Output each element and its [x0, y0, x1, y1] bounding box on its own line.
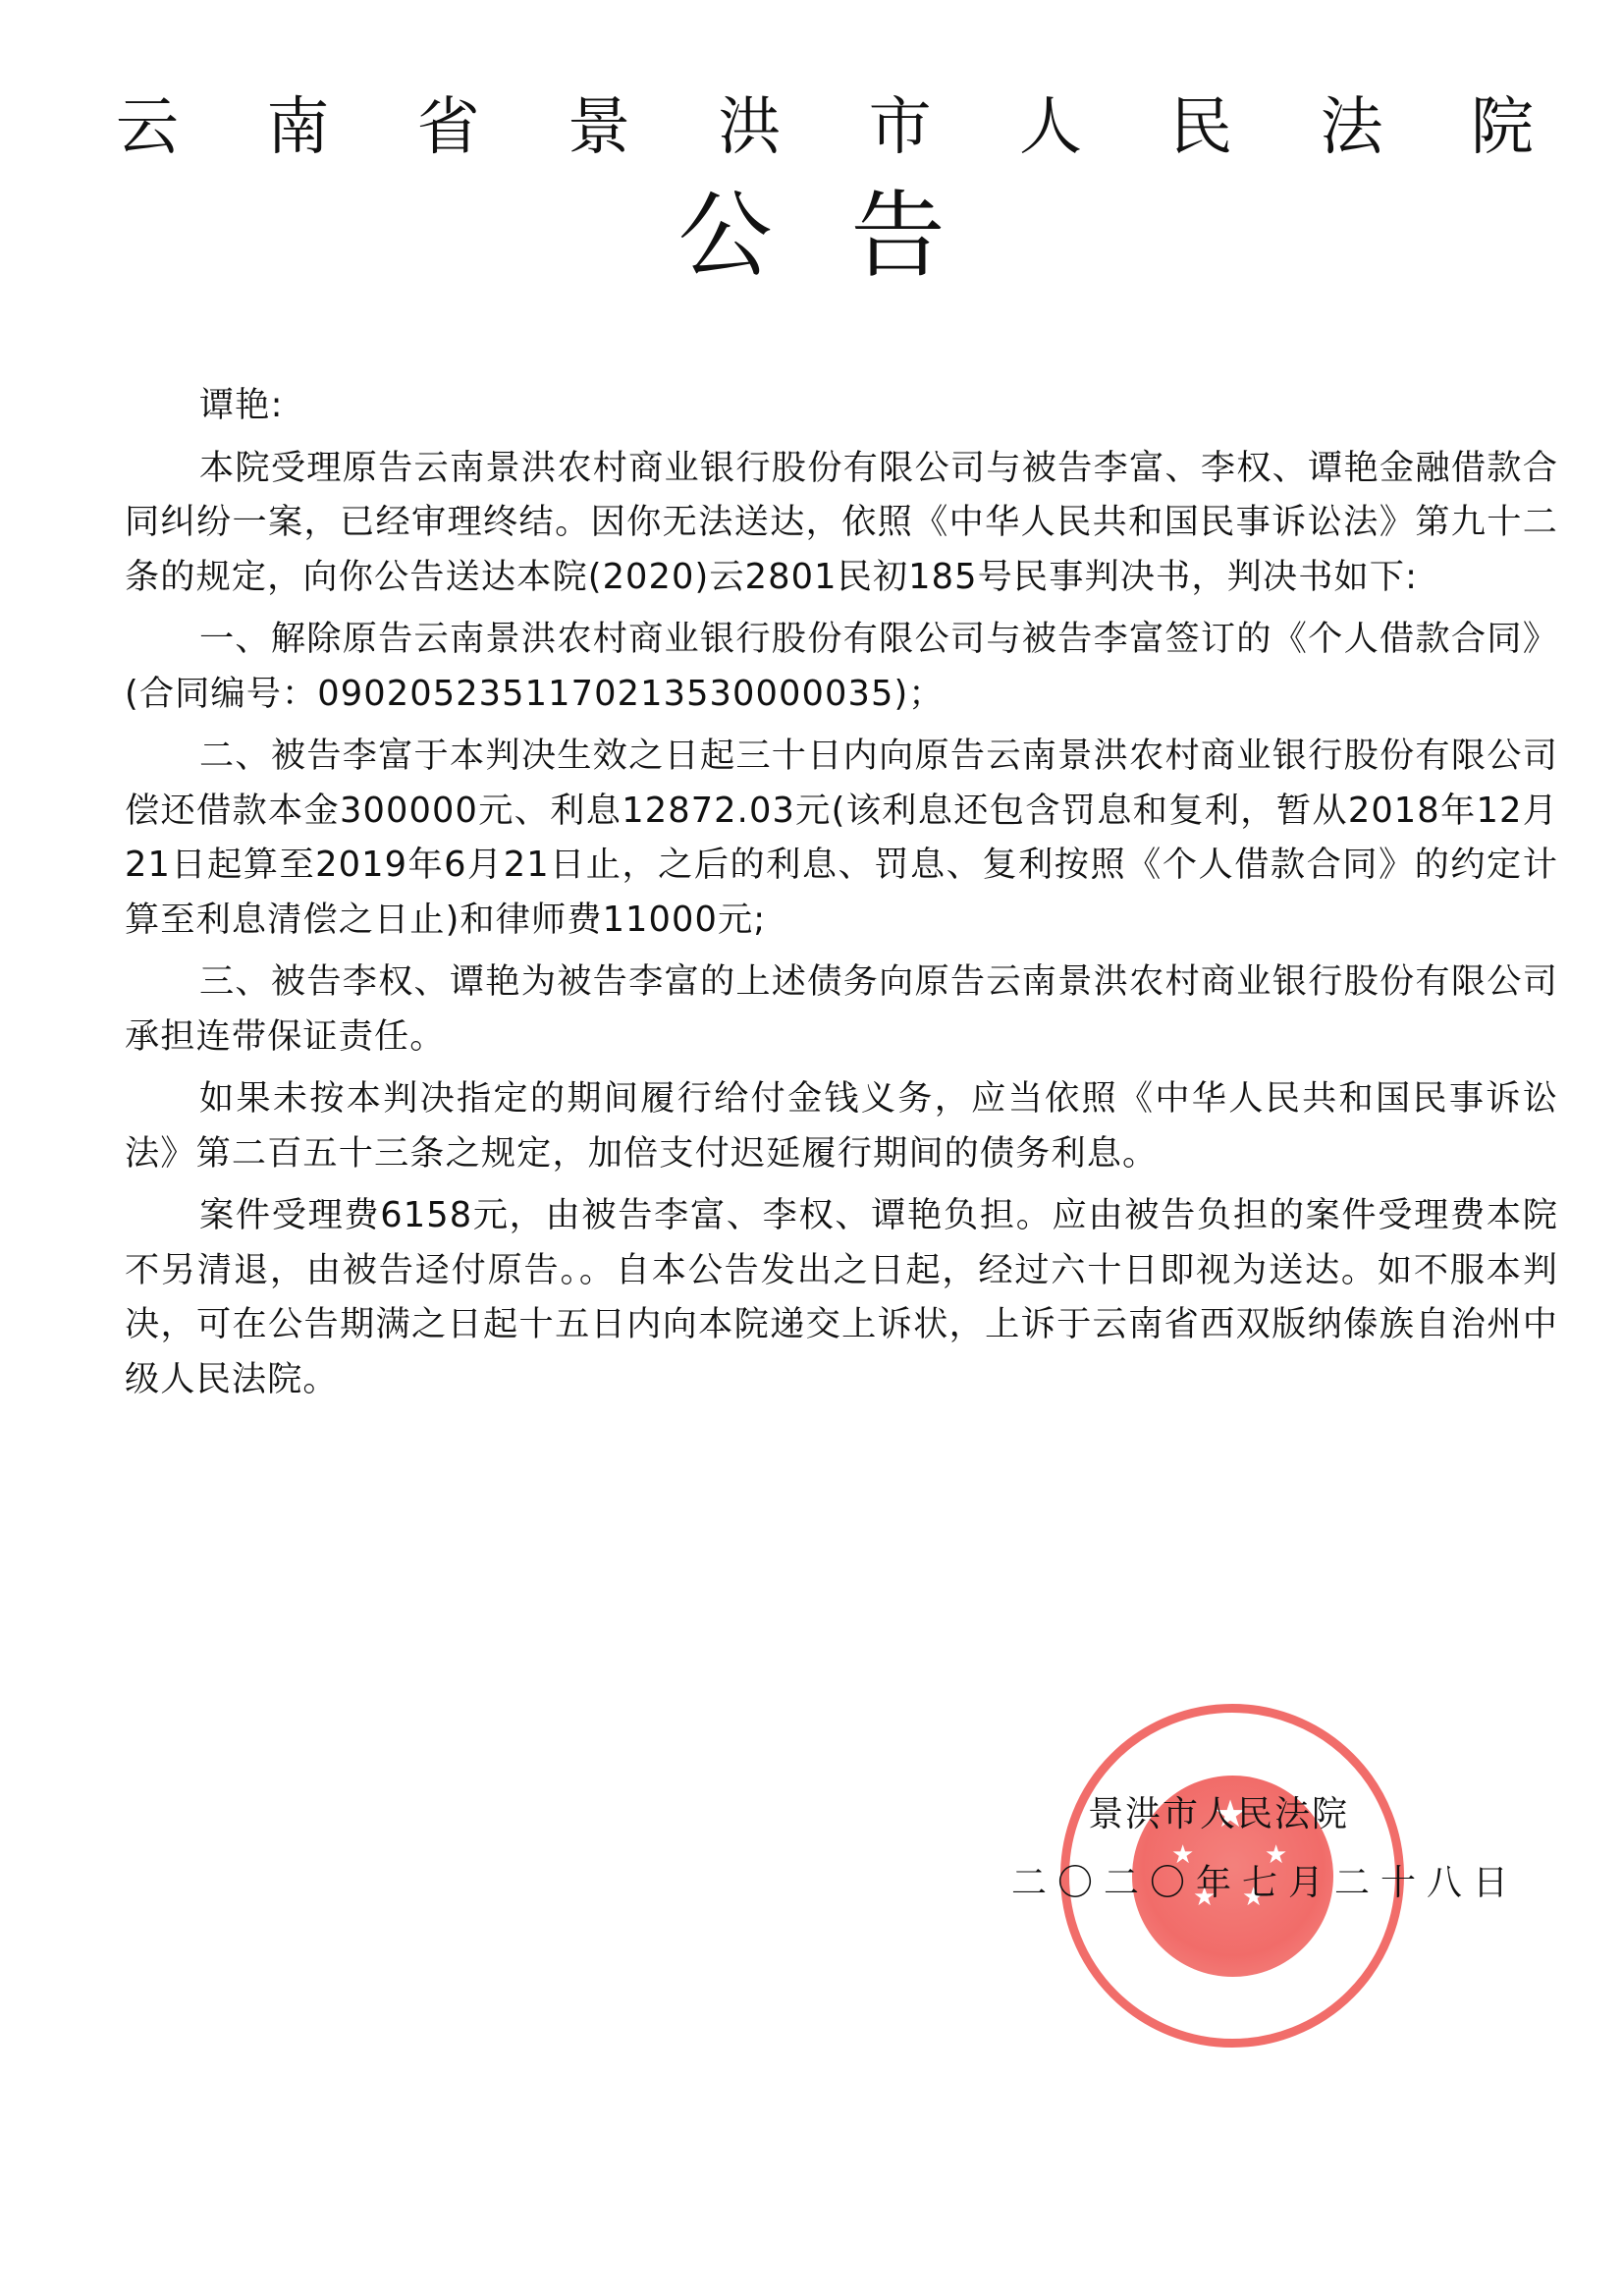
- paragraph-intro: 本院受理原告云南景洪农村商业银行股份有限公司与被告李富、李权、谭艳金融借款合同纠…: [125, 441, 1558, 605]
- court-name-char: 云: [113, 88, 182, 167]
- issue-date: 二〇二〇年七月二十八日: [1011, 1854, 1522, 1913]
- signature-block: 景洪市人民法院 二〇二〇年七月二十八日: [1011, 1785, 1522, 1913]
- paragraph-late-payment: 如果未按本判决指定的期间履行给付金钱义务，应当依照《中华人民共和国民事诉讼法》第…: [125, 1071, 1558, 1180]
- paragraph-ruling-3: 三、被告李权、谭艳为被告李富的上述债务向原告云南景洪农村商业银行股份有限公司承担…: [125, 955, 1558, 1064]
- court-name-char: 法: [1318, 88, 1386, 167]
- court-name-char: 民: [1166, 88, 1235, 167]
- court-name-char: 院: [1468, 88, 1537, 167]
- court-name-char: 南: [263, 88, 332, 167]
- addressee: 谭艳:: [125, 378, 1558, 433]
- court-name-char: 洪: [715, 88, 784, 167]
- notice-title: 公告: [0, 182, 1623, 290]
- court-name-char: 景: [565, 88, 633, 167]
- paragraph-fees-appeal: 案件受理费6158元，由被告李富、李权、谭艳负担。应由被告负担的案件受理费本院不…: [125, 1188, 1558, 1406]
- court-name-char: 省: [414, 88, 483, 167]
- paragraph-ruling-2: 二、被告李富于本判决生效之日起三十日内向原告云南景洪农村商业银行股份有限公司偿还…: [125, 729, 1558, 947]
- paragraph-ruling-1: 一、解除原告云南景洪农村商业银行股份有限公司与被告李富签订的《个人借款合同》(合…: [125, 612, 1558, 721]
- court-name-char: 人: [1016, 88, 1085, 167]
- notice-body: 谭艳: 本院受理原告云南景洪农村商业银行股份有限公司与被告李富、李权、谭艳金融借…: [125, 378, 1558, 1406]
- court-name-heading: 云 南 省 景 洪 市 人 民 法 院: [113, 88, 1537, 167]
- court-name-char: 市: [866, 88, 935, 167]
- issuing-court: 景洪市人民法院: [1011, 1785, 1522, 1844]
